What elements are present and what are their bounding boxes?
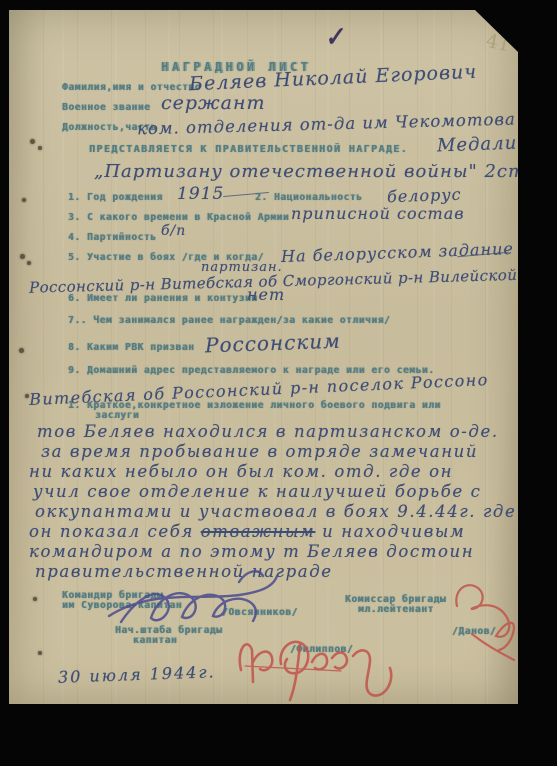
award-medal-name: „Партизану отечественной войны" 2степени… bbox=[94, 161, 557, 182]
summary-line: оккупантами и участвовал в боях 9.4.44г.… bbox=[35, 502, 516, 521]
commander-role-line2: им Суворова-капитан bbox=[62, 600, 182, 611]
punch-hole bbox=[38, 651, 42, 655]
summary-label-line2: заслуги bbox=[95, 410, 139, 421]
scan-background: ✓ 41 НАГРАДНОЙ ЛИСТ Фамилия,имя и отчест… bbox=[0, 0, 557, 766]
summary-line-post: и находчивым bbox=[315, 522, 465, 541]
item1-value: 1915 bbox=[177, 184, 224, 204]
date-line: 30 июля 1944г. bbox=[58, 662, 216, 686]
item5-value: На белорусском задание bbox=[281, 239, 514, 266]
item8-value: Россонским bbox=[205, 329, 341, 358]
summary-line: за время пробывание в отряде замечаний bbox=[41, 442, 478, 461]
field-rank-label: Военное звание bbox=[62, 102, 150, 113]
commissar-name: /Данов/ bbox=[452, 626, 496, 637]
punch-hole bbox=[20, 254, 25, 259]
commander-name: /Овсянников/ bbox=[222, 607, 298, 618]
punch-hole bbox=[38, 146, 42, 150]
corner-page-number: 41 bbox=[484, 30, 512, 57]
item2-label: 2. Национальность bbox=[255, 192, 362, 203]
summary-line: правительственной награде bbox=[35, 562, 333, 581]
summary-line: учил свое отделение к наилучшей борьбе с bbox=[33, 482, 482, 501]
document-paper: ✓ 41 НАГРАДНОЙ ЛИСТ Фамилия,имя и отчест… bbox=[9, 10, 518, 704]
punch-hole bbox=[33, 597, 37, 601]
item4-label: 4. Партийность bbox=[68, 232, 156, 243]
punch-hole bbox=[25, 394, 29, 398]
struck-word: отважным bbox=[201, 522, 316, 541]
field-rank-value: сержант bbox=[161, 92, 266, 114]
item4-value: б/п bbox=[161, 223, 186, 239]
item6-value: нет bbox=[247, 285, 285, 304]
checkmark: ✓ bbox=[322, 20, 348, 52]
commissar-role-line2: мл.лейтенант bbox=[358, 604, 434, 615]
summary-line-pre: он показал себя bbox=[29, 522, 201, 541]
chief-of-staff-name: /Филиппов/ bbox=[290, 644, 353, 655]
punch-hole bbox=[22, 198, 26, 202]
award-value: Медали bbox=[437, 133, 518, 157]
summary-line: ни каких небыло он был ком. отд. где он bbox=[29, 462, 453, 481]
punch-hole bbox=[30, 139, 35, 144]
item6-label: 6. Имеет ли ранения и контузии bbox=[68, 293, 258, 304]
award-label: ПРЕДСТАВЛЯЕТСЯ К ПРАВИТЕЛЬСТВЕННОЙ НАГРА… bbox=[89, 144, 408, 155]
item5-value2: Россонский р-н Витебская об Сморгонский … bbox=[29, 265, 542, 296]
item3-label: 3. С какого времени в Красной Армии bbox=[68, 212, 289, 223]
item3-value: приписной состав bbox=[291, 204, 465, 223]
summary-line-with-strike: он показал себя отважным и находчивым bbox=[29, 522, 465, 541]
item8-label: 8. Каким РВК призван bbox=[68, 342, 194, 353]
item7-label: 7.. Чем занимался ранее награжден/за как… bbox=[68, 315, 390, 326]
item1-label: 1. Год рождения bbox=[68, 192, 163, 203]
signature-danov-scribble bbox=[456, 585, 514, 660]
chief-of-staff-role-line2: капитан bbox=[133, 635, 177, 646]
punch-hole bbox=[19, 348, 24, 353]
summary-line: командиром а по этому т Беляев достоин bbox=[29, 542, 474, 561]
summary-line: тов Беляев находился в партизанском о-де… bbox=[37, 422, 499, 441]
punch-hole bbox=[27, 261, 31, 265]
